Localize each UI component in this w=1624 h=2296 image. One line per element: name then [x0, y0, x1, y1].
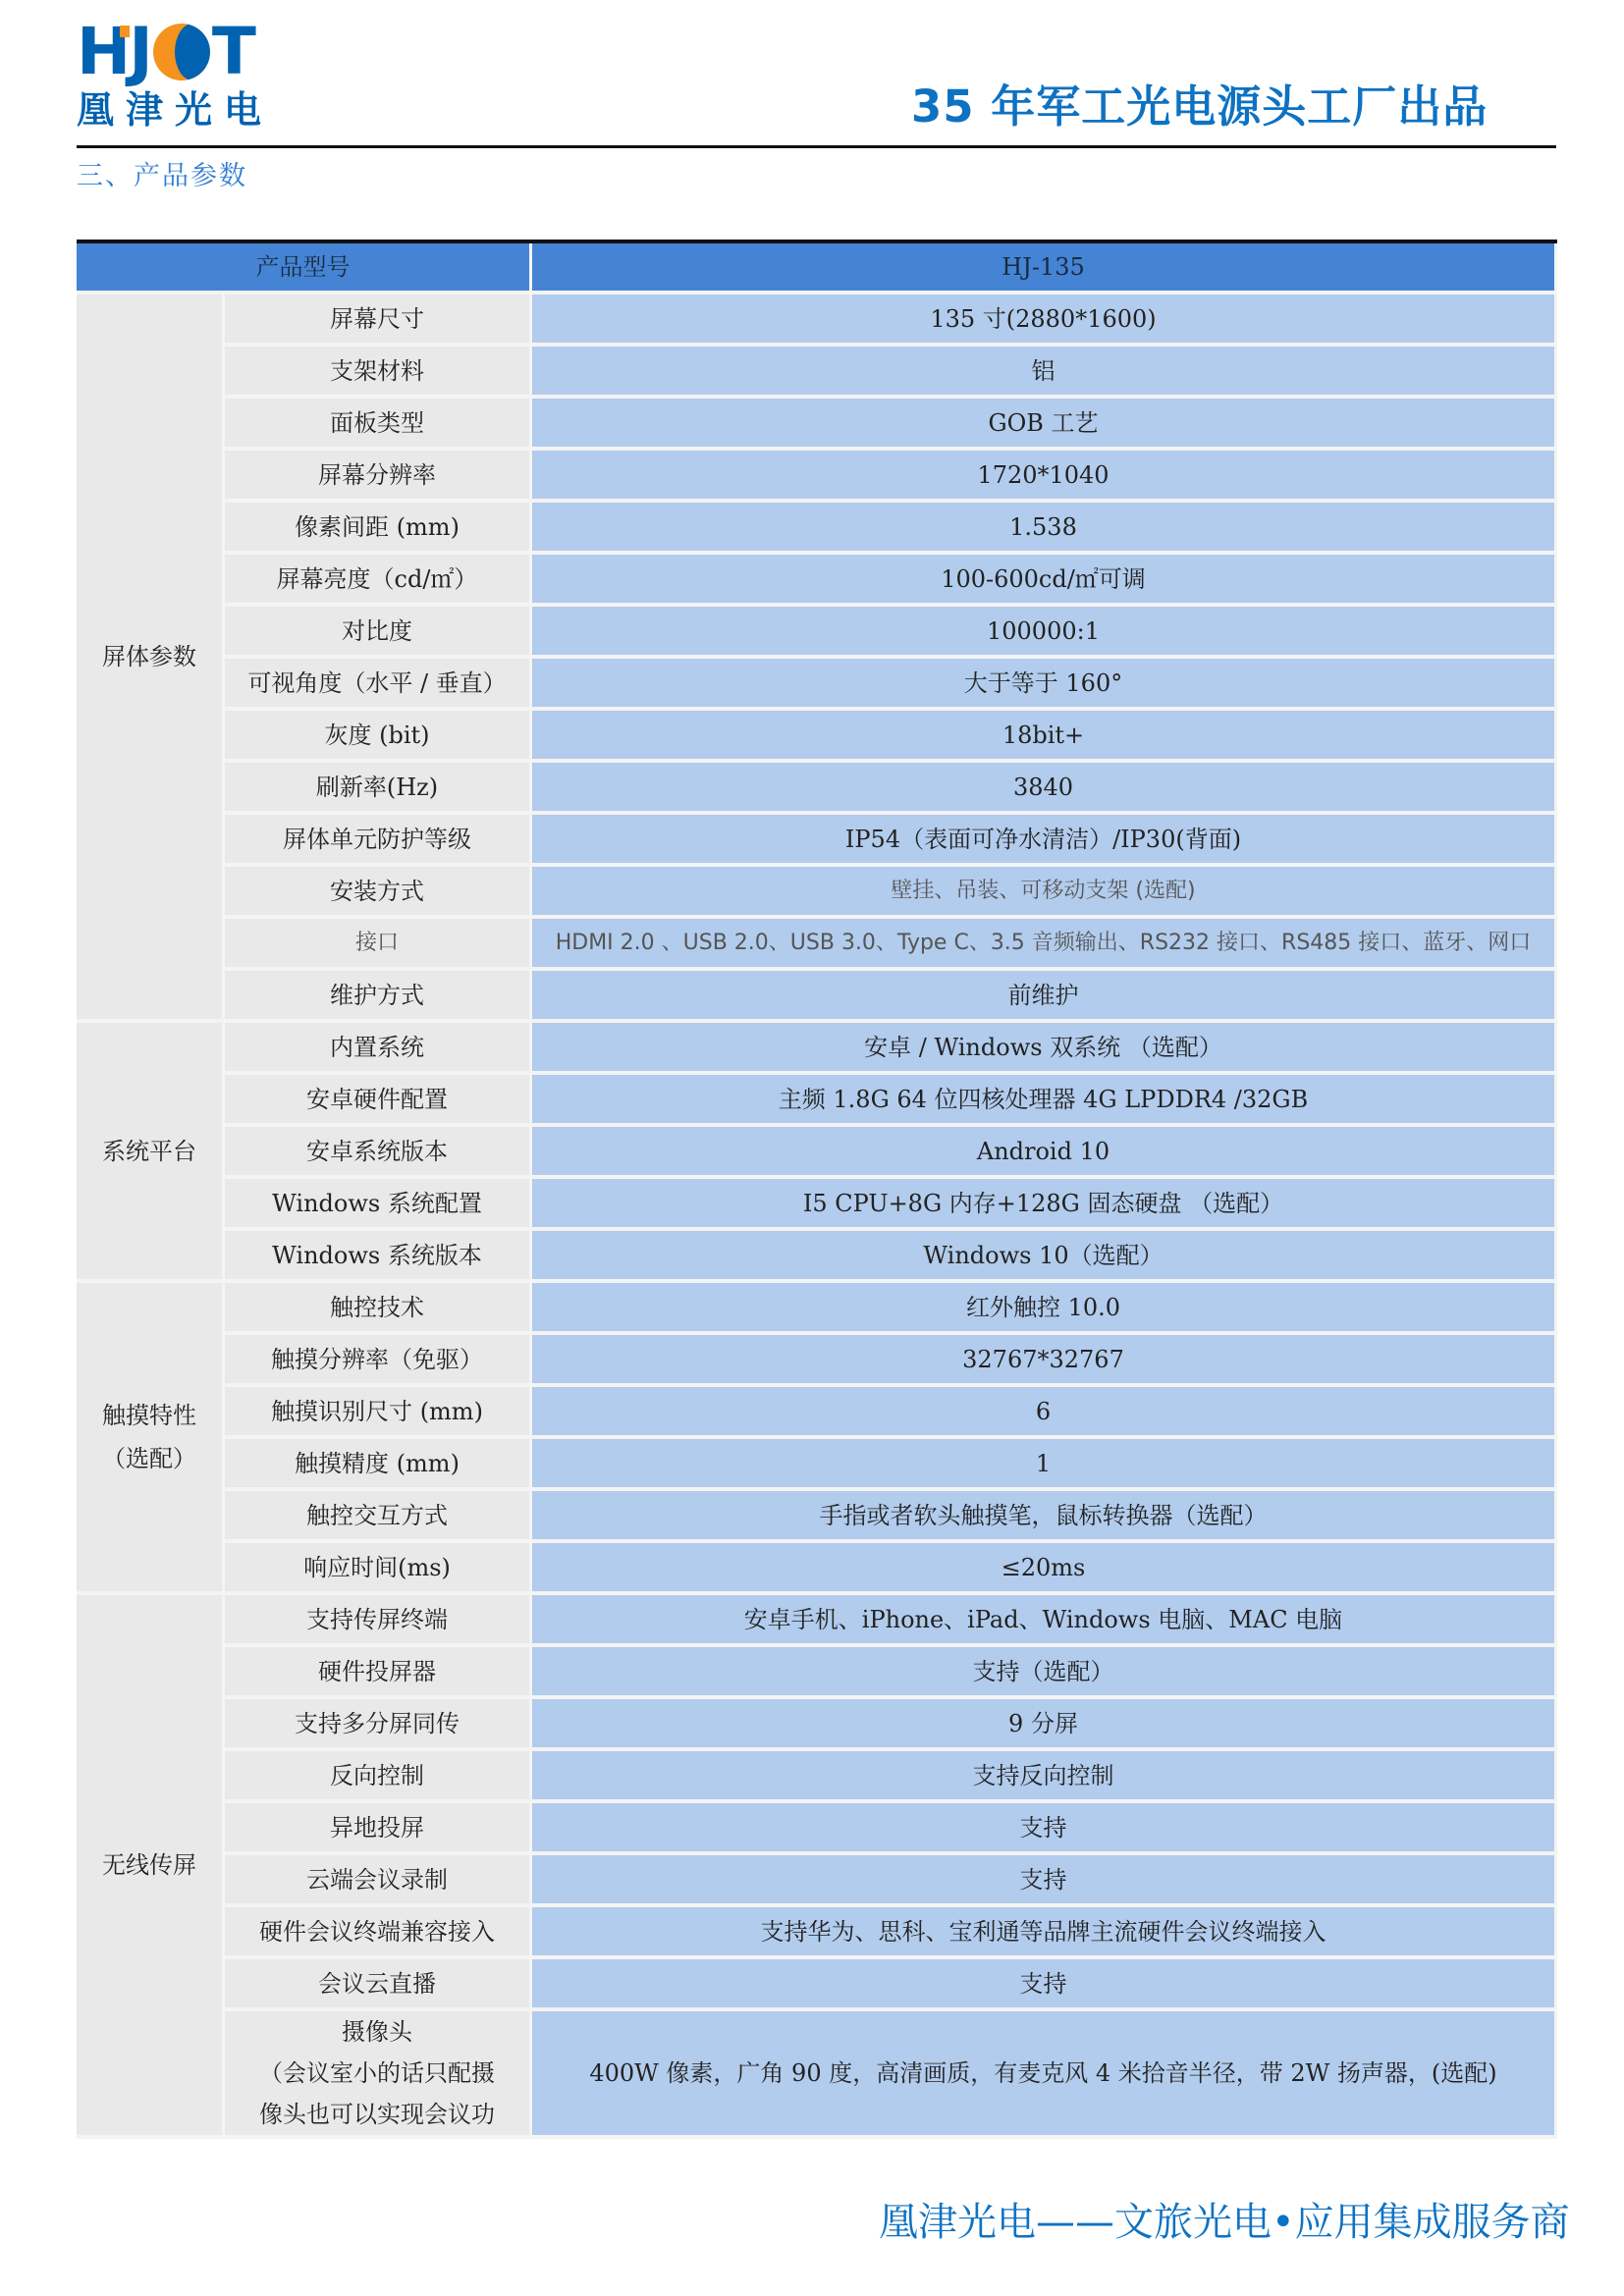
param-label: 安卓系统版本	[225, 1127, 532, 1179]
param-label: 会议云直播	[225, 1959, 532, 2011]
table-row: 反向控制支持反向控制	[77, 1751, 1557, 1803]
param-label: 面板类型	[225, 399, 532, 451]
param-value: 支持反向控制	[532, 1751, 1557, 1803]
param-label-camera: 摄像头 （会议室小的话只配摄 像头也可以实现会议功	[225, 2011, 532, 2139]
table-row: 系统平台 内置系统 安卓 / Windows 双系统 （选配）	[77, 1023, 1557, 1075]
table-row: 刷新率(Hz)3840	[77, 763, 1557, 815]
param-value: 18bit+	[532, 711, 1557, 763]
sun-crescent-icon	[153, 24, 210, 80]
param-value: 安卓手机、iPhone、iPad、Windows 电脑、MAC 电脑	[532, 1595, 1557, 1647]
param-value: 支持	[532, 1959, 1557, 2011]
param-label: 响应时间(ms)	[225, 1543, 532, 1595]
param-label: 硬件投屏器	[225, 1647, 532, 1699]
param-label: 对比度	[225, 607, 532, 659]
param-label: 灰度 (bit)	[225, 711, 532, 763]
table-row: 硬件投屏器支持（选配）	[77, 1647, 1557, 1699]
param-value: 铝	[532, 347, 1557, 399]
header-model-value: HJ-135	[532, 243, 1557, 294]
table-row: 会议云直播支持	[77, 1959, 1557, 2011]
param-label: 触摸分辨率（免驱）	[225, 1335, 532, 1387]
group-label-wireless: 无线传屏	[77, 1595, 225, 2139]
group-label-touch-optional: （选配）	[77, 1443, 222, 1474]
table-row: 接口HDMI 2.0 、USB 2.0、USB 3.0、Type C、3.5 音…	[77, 919, 1557, 971]
table-row: 响应时间(ms)≤20ms	[77, 1543, 1557, 1595]
table-row: 面板类型GOB 工艺	[77, 399, 1557, 451]
param-label: 反向控制	[225, 1751, 532, 1803]
param-label: 像素间距 (mm)	[225, 503, 532, 555]
table-row: 屏体参数 屏幕尺寸 135 寸(2880*1600)	[77, 294, 1557, 347]
param-label: 内置系统	[225, 1023, 532, 1075]
param-value: 135 寸(2880*1600)	[532, 294, 1557, 347]
param-value: 1	[532, 1439, 1557, 1491]
header-label: 产品型号	[77, 243, 532, 294]
param-value: Android 10	[532, 1127, 1557, 1179]
param-label: 屏体单元防护等级	[225, 815, 532, 867]
param-value: GOB 工艺	[532, 399, 1557, 451]
param-value: IP54（表面可净水清洁）/IP30(背面)	[532, 815, 1557, 867]
param-value: 1.538	[532, 503, 1557, 555]
table-row: 像素间距 (mm)1.538	[77, 503, 1557, 555]
param-value: 壁挂、吊装、可移动支架 (选配)	[532, 867, 1557, 919]
param-label: Windows 系统版本	[225, 1231, 532, 1283]
param-value: Windows 10（选配）	[532, 1231, 1557, 1283]
param-label: 触控交互方式	[225, 1491, 532, 1543]
table-row: 可视角度（水平 / 垂直）大于等于 160°	[77, 659, 1557, 711]
table-row: 对比度100000:1	[77, 607, 1557, 659]
param-label: 接口	[225, 919, 532, 971]
camera-label-line: 摄像头	[225, 2011, 529, 2053]
table-row: 安装方式壁挂、吊装、可移动支架 (选配)	[77, 867, 1557, 919]
param-label: 屏幕尺寸	[225, 294, 532, 347]
param-value: 100000:1	[532, 607, 1557, 659]
table-row: 屏幕分辨率1720*1040	[77, 451, 1557, 503]
param-label: 安装方式	[225, 867, 532, 919]
param-value: 前维护	[532, 971, 1557, 1023]
param-label: 刷新率(Hz)	[225, 763, 532, 815]
group-label-screen: 屏体参数	[77, 294, 225, 1023]
param-label: 支持多分屏同传	[225, 1699, 532, 1751]
table-row: 硬件会议终端兼容接入支持华为、思科、宝利通等品牌主流硬件会议终端接入	[77, 1907, 1557, 1959]
logo-letter-t: T	[212, 24, 254, 80]
param-label: 触控技术	[225, 1283, 532, 1335]
table-row: 摄像头 （会议室小的话只配摄 像头也可以实现会议功 400W 像素，广角 90 …	[77, 2011, 1557, 2139]
param-label: 支架材料	[225, 347, 532, 399]
table-row: 屏体单元防护等级IP54（表面可净水清洁）/IP30(背面)	[77, 815, 1557, 867]
table-row: 支架材料铝	[77, 347, 1557, 399]
group-label-touch-name: 触摸特性	[77, 1400, 222, 1431]
param-value: 支持	[532, 1803, 1557, 1855]
param-value: 3840	[532, 763, 1557, 815]
param-label: 屏幕分辨率	[225, 451, 532, 503]
table-row: 安卓硬件配置主频 1.8G 64 位四核处理器 4G LPDDR4 /32GB	[77, 1075, 1557, 1127]
table-row: 灰度 (bit)18bit+	[77, 711, 1557, 763]
param-value: 1720*1040	[532, 451, 1557, 503]
param-value: 100-600cd/㎡可调	[532, 555, 1557, 607]
param-label: 可视角度（水平 / 垂直）	[225, 659, 532, 711]
camera-label-line: 像头也可以实现会议功	[225, 2094, 529, 2135]
param-label: 安卓硬件配置	[225, 1075, 532, 1127]
table-row: 异地投屏支持	[77, 1803, 1557, 1855]
table-row: 支持多分屏同传9 分屏	[77, 1699, 1557, 1751]
table-row: 屏幕亮度（cd/㎡）100-600cd/㎡可调	[77, 555, 1557, 607]
table-row: Windows 系统版本Windows 10（选配）	[77, 1231, 1557, 1283]
table-row: Windows 系统配置I5 CPU+8G 内存+128G 固态硬盘 （选配）	[77, 1179, 1557, 1231]
param-value: 支持（选配）	[532, 1647, 1557, 1699]
param-label: 硬件会议终端兼容接入	[225, 1907, 532, 1959]
param-label: 支持传屏终端	[225, 1595, 532, 1647]
param-value: ≤20ms	[532, 1543, 1557, 1595]
company-logo: H J T 凰津光电	[77, 24, 304, 130]
table-row: 触摸特性 （选配） 触控技术 红外触控 10.0	[77, 1283, 1557, 1335]
logo-letter-j: J	[129, 24, 151, 80]
param-value: 手指或者软头触摸笔，鼠标转换器（选配）	[532, 1491, 1557, 1543]
table-row: 触控交互方式手指或者软头触摸笔，鼠标转换器（选配）	[77, 1491, 1557, 1543]
param-value: 6	[532, 1387, 1557, 1439]
spec-table: 产品型号 HJ-135 屏体参数 屏幕尺寸 135 寸(2880*1600) 支…	[77, 240, 1557, 2139]
param-value: 32767*32767	[532, 1335, 1557, 1387]
footer-tagline: 凰津光电——文旅光电•应用集成服务商	[879, 2199, 1570, 2246]
table-row: 触摸精度 (mm)1	[77, 1439, 1557, 1491]
param-value: 支持华为、思科、宝利通等品牌主流硬件会议终端接入	[532, 1907, 1557, 1959]
param-value: 支持	[532, 1855, 1557, 1907]
table-row: 维护方式前维护	[77, 971, 1557, 1023]
header-divider	[77, 145, 1556, 148]
param-value: 大于等于 160°	[532, 659, 1557, 711]
param-value: HDMI 2.0 、USB 2.0、USB 3.0、Type C、3.5 音频输…	[532, 919, 1557, 971]
table-row: 触摸识别尺寸 (mm)6	[77, 1387, 1557, 1439]
group-label-system: 系统平台	[77, 1023, 225, 1283]
group-label-touch: 触摸特性 （选配）	[77, 1283, 225, 1595]
param-value: 红外触控 10.0	[532, 1283, 1557, 1335]
table-row: 触摸分辨率（免驱）32767*32767	[77, 1335, 1557, 1387]
camera-label-line: （会议室小的话只配摄	[225, 2053, 529, 2094]
param-label: 屏幕亮度（cd/㎡）	[225, 555, 532, 607]
param-label: 异地投屏	[225, 1803, 532, 1855]
param-label: 维护方式	[225, 971, 532, 1023]
table-row: 云端会议录制支持	[77, 1855, 1557, 1907]
param-value: I5 CPU+8G 内存+128G 固态硬盘 （选配）	[532, 1179, 1557, 1231]
param-label: 触摸精度 (mm)	[225, 1439, 532, 1491]
param-label: Windows 系统配置	[225, 1179, 532, 1231]
table-row: 无线传屏 支持传屏终端 安卓手机、iPhone、iPad、Windows 电脑、…	[77, 1595, 1557, 1647]
header-slogan: 35 年军工光电源头工厂出品	[911, 82, 1488, 132]
section-title: 三、产品参数	[77, 159, 247, 194]
logo-chinese-name: 凰津光电	[77, 90, 273, 130]
param-label: 触摸识别尺寸 (mm)	[225, 1387, 532, 1439]
param-value: 400W 像素，广角 90 度，高清画质，有麦克风 4 米拾音半径，带 2W 扬…	[532, 2011, 1557, 2139]
param-value: 安卓 / Windows 双系统 （选配）	[532, 1023, 1557, 1075]
param-value: 9 分屏	[532, 1699, 1557, 1751]
param-label: 云端会议录制	[225, 1855, 532, 1907]
logo-wordmark: H J T	[77, 24, 254, 80]
logo-accent-dot	[120, 26, 130, 37]
table-row: 安卓系统版本Android 10	[77, 1127, 1557, 1179]
param-value: 主频 1.8G 64 位四核处理器 4G LPDDR4 /32GB	[532, 1075, 1557, 1127]
table-header-row: 产品型号 HJ-135	[77, 243, 1557, 294]
